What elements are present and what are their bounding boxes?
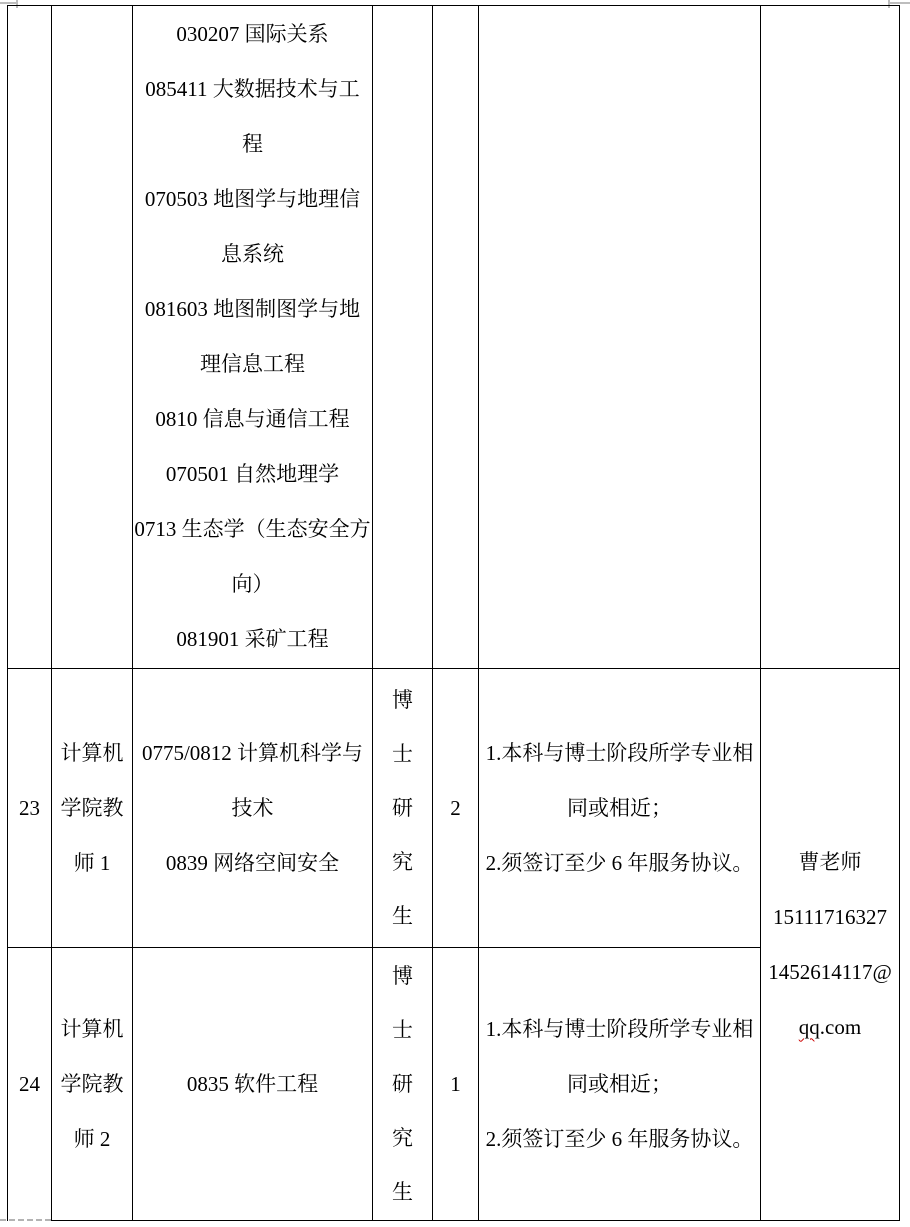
- text-line: 程: [133, 117, 372, 172]
- text-line: 研: [373, 1057, 432, 1111]
- text-line: 师 2: [52, 1112, 132, 1167]
- cell-position: 计算机学院教师 2: [52, 948, 133, 1221]
- table-row-continued: 030207 国际关系085411 大数据技术与工程070503 地图学与地理信…: [8, 6, 900, 669]
- text-line: 理信息工程: [133, 337, 372, 392]
- text-line: 1.本科与博士阶段所学专业相: [479, 726, 760, 781]
- cell-headcount-empty: [433, 6, 479, 669]
- cell-contact-empty: [761, 6, 900, 669]
- text-line: 学院教: [52, 1057, 132, 1112]
- text-line: 学院教: [52, 781, 132, 836]
- text-line: 计算机: [52, 1002, 132, 1057]
- text-line: 1.本科与博士阶段所学专业相: [479, 1002, 760, 1057]
- cell-serial: 24: [8, 948, 52, 1221]
- cell-contact-merged: 曹老师 15111716327 1452614117@ qq.com: [761, 669, 900, 1221]
- text-line: 070501 自然地理学: [133, 447, 372, 502]
- text-line: 生: [373, 889, 432, 943]
- text-line: 息系统: [133, 227, 372, 282]
- text-line: 究: [373, 1111, 432, 1165]
- cell-serial: 23: [8, 669, 52, 948]
- cell-degree: 博士研究生: [373, 948, 433, 1221]
- contact-email-line1: 1452614117@: [761, 945, 899, 1000]
- text-line: 研: [373, 781, 432, 835]
- text-line: 081901 采矿工程: [133, 612, 372, 667]
- text-line: 士: [373, 727, 432, 781]
- cell-requirements-empty: [479, 6, 761, 669]
- cell-degree-empty: [373, 6, 433, 669]
- text-line: 0775/0812 计算机科学与: [133, 726, 372, 781]
- spellcheck-flagged-text: qq: [799, 1015, 820, 1039]
- text-line: 2.须签订至少 6 年服务协议。: [479, 1112, 760, 1167]
- text-line: 生: [373, 1165, 432, 1219]
- text-line: 0810 信息与通信工程: [133, 392, 372, 447]
- text-line: 0713 生态学（生态安全方: [133, 502, 372, 557]
- text-line: 士: [373, 1003, 432, 1057]
- cell-majors-continued: 030207 国际关系085411 大数据技术与工程070503 地图学与地理信…: [133, 6, 373, 669]
- cell-majors: 0775/0812 计算机科学与技术0839 网络空间安全: [133, 669, 373, 948]
- contact-email-line2: qq.com: [761, 1000, 899, 1055]
- contact-email-domain-rest: .com: [820, 1015, 861, 1039]
- cell-position: 计算机学院教师 1: [52, 669, 133, 948]
- text-line: 同或相近；: [479, 781, 760, 836]
- page-break-dashed-mark: [0, 1219, 51, 1221]
- text-line: 同或相近；: [479, 1057, 760, 1112]
- cell-position-empty: [52, 6, 133, 669]
- contact-name: 曹老师: [761, 835, 899, 890]
- cell-requirements: 1.本科与博士阶段所学专业相同或相近；2.须签订至少 6 年服务协议。: [479, 948, 761, 1221]
- text-line: 2.须签订至少 6 年服务协议。: [479, 836, 760, 891]
- document-page: 030207 国际关系085411 大数据技术与工程070503 地图学与地理信…: [0, 0, 910, 1227]
- text-line: 博: [373, 949, 432, 1003]
- contact-phone: 15111716327: [761, 890, 899, 945]
- text-line: 师 1: [52, 836, 132, 891]
- recruitment-positions-table: 030207 国际关系085411 大数据技术与工程070503 地图学与地理信…: [7, 5, 900, 1221]
- text-line: 085411 大数据技术与工: [133, 62, 372, 117]
- text-line: 0835 软件工程: [133, 1057, 372, 1112]
- text-line: 030207 国际关系: [133, 7, 372, 62]
- text-line: 070503 地图学与地理信: [133, 172, 372, 227]
- text-line: 技术: [133, 781, 372, 836]
- text-line: 究: [373, 835, 432, 889]
- text-line: 0839 网络空间安全: [133, 836, 372, 891]
- text-line: 081603 地图制图学与地: [133, 282, 372, 337]
- cell-headcount: 2: [433, 669, 479, 948]
- cell-serial-empty: [8, 6, 52, 669]
- table-row-23: 23 计算机学院教师 1 0775/0812 计算机科学与技术0839 网络空间…: [8, 669, 900, 948]
- text-line: 向）: [133, 557, 372, 612]
- cell-headcount: 1: [433, 948, 479, 1221]
- cell-requirements: 1.本科与博士阶段所学专业相同或相近；2.须签订至少 6 年服务协议。: [479, 669, 761, 948]
- text-line: 计算机: [52, 726, 132, 781]
- table-continuation-mark-top-right-h: [889, 2, 910, 4]
- cell-majors: 0835 软件工程: [133, 948, 373, 1221]
- text-line: 博: [373, 673, 432, 727]
- cell-degree: 博士研究生: [373, 669, 433, 948]
